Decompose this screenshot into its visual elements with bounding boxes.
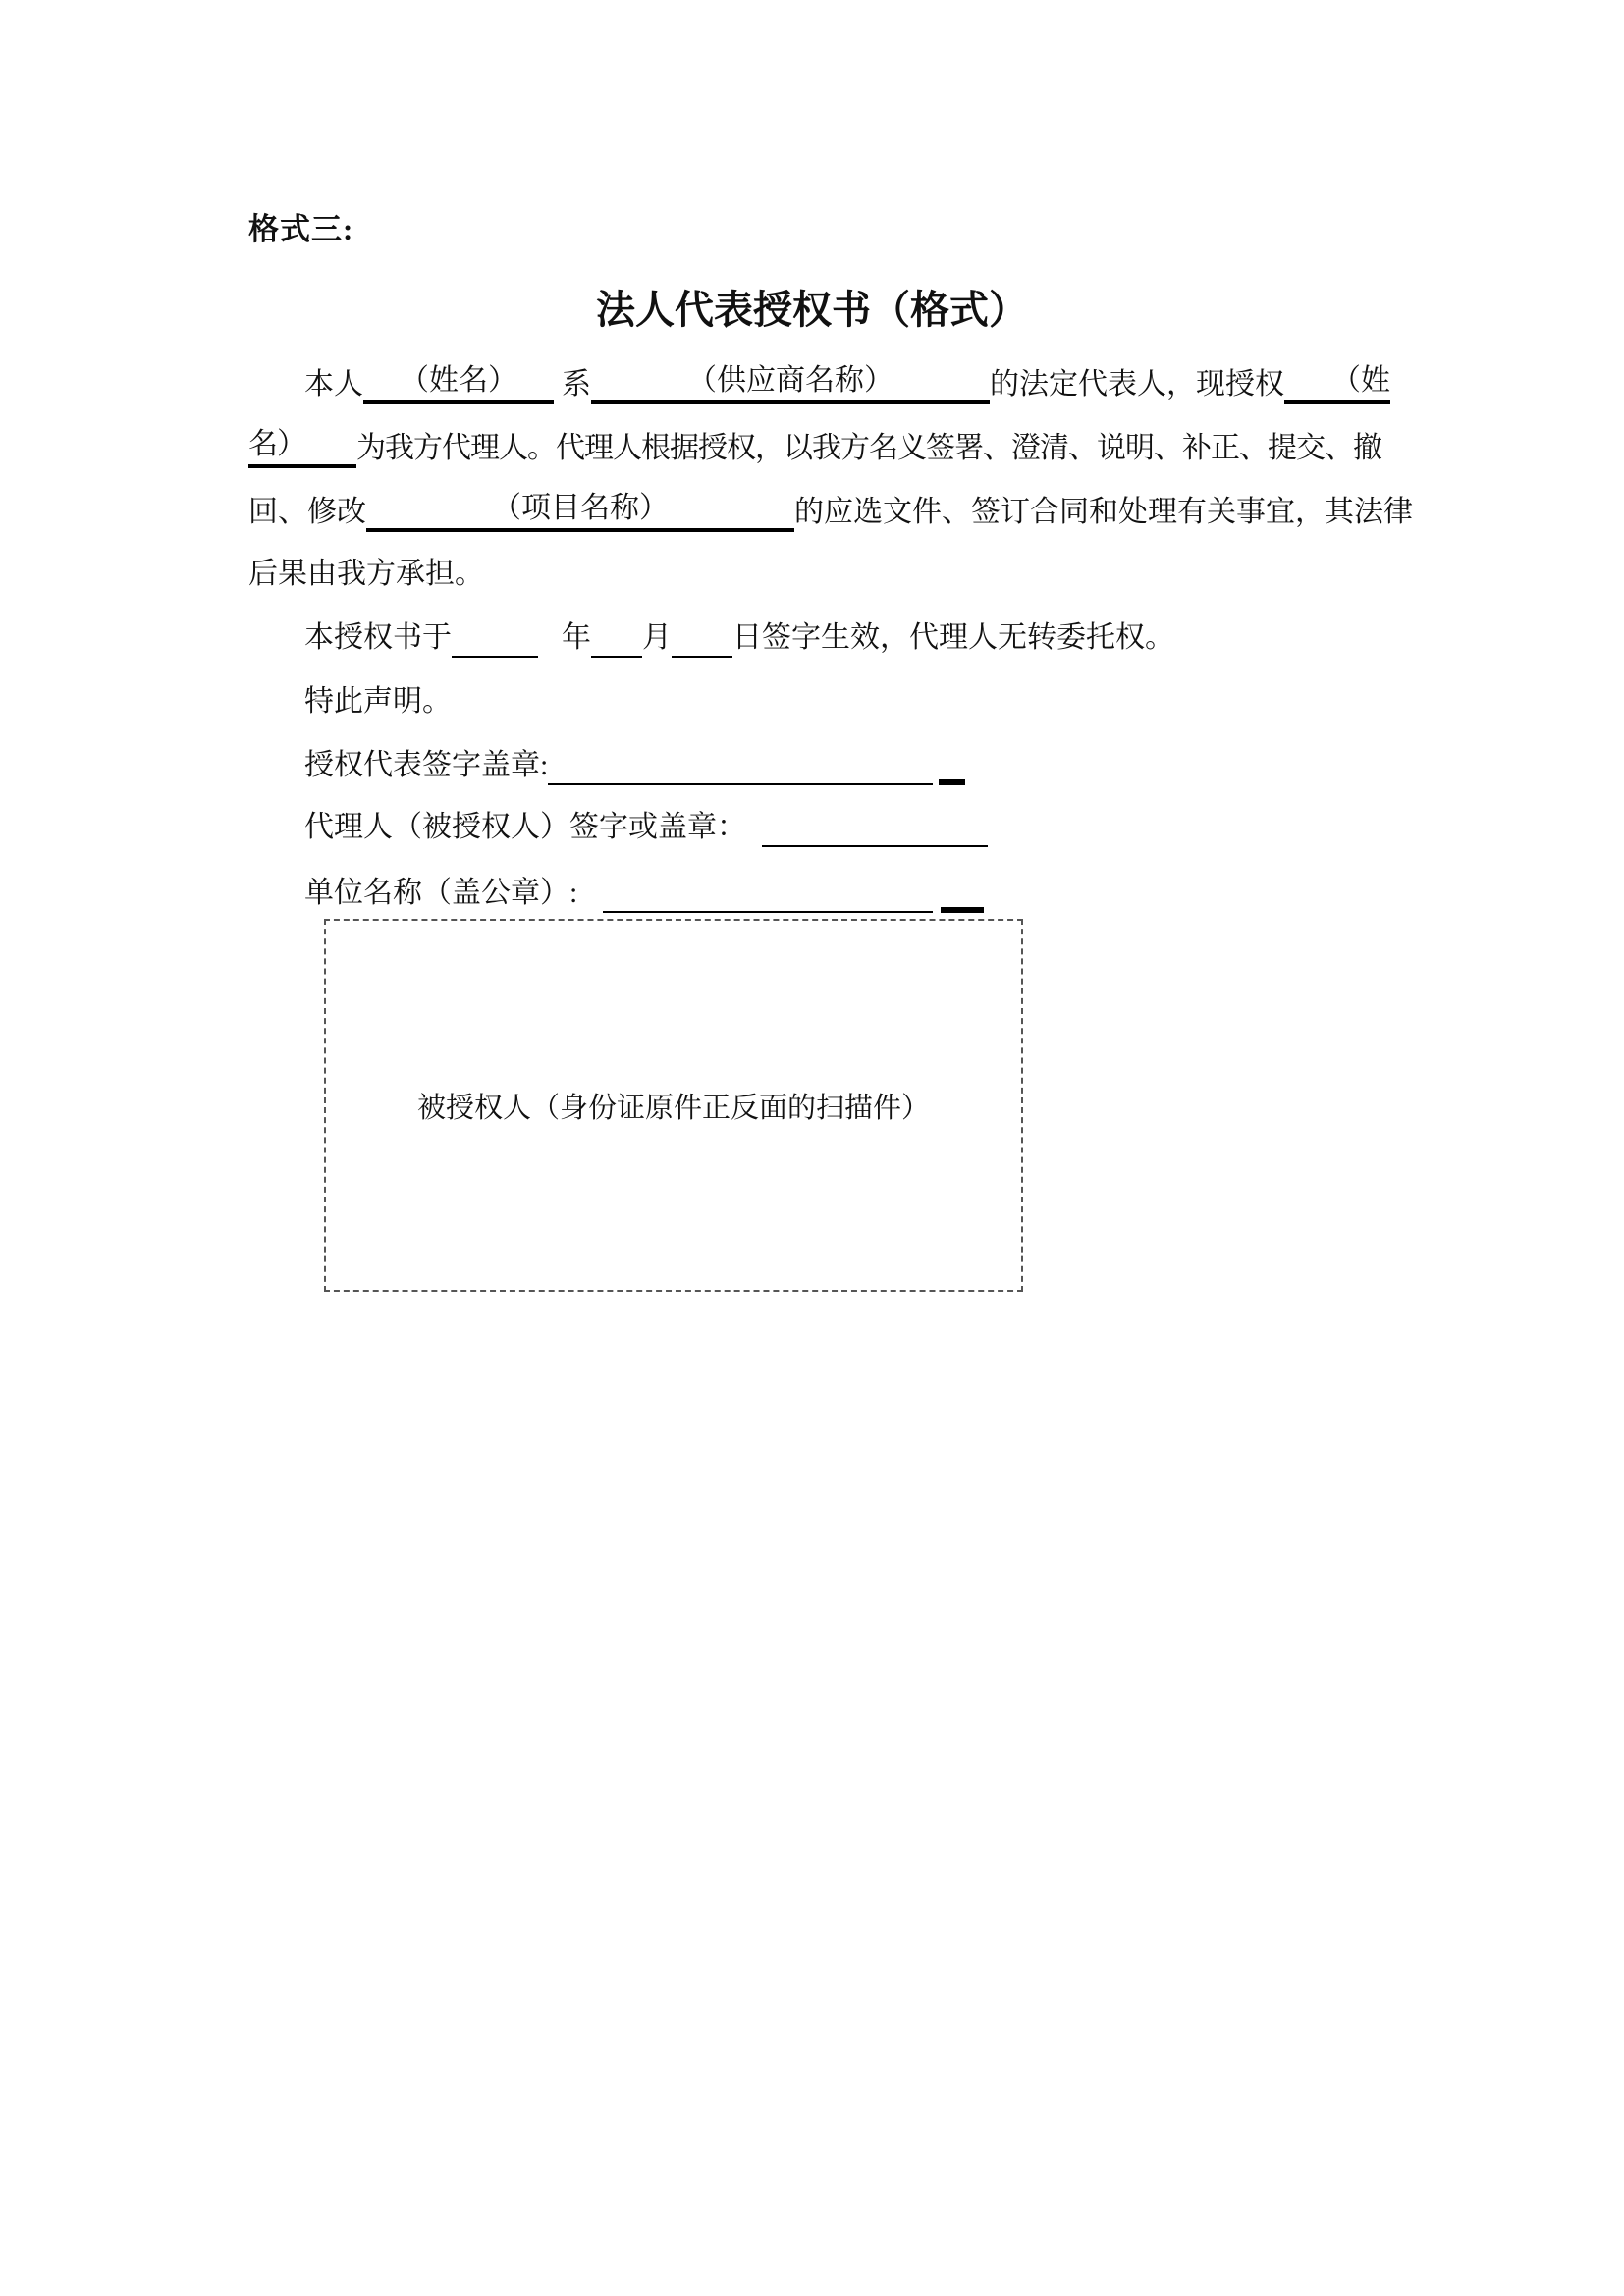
paragraph-line-4: 后果由我方承担。	[248, 555, 484, 596]
agent-name-blank-end	[305, 427, 356, 468]
id-scan-box: 被授权人（身份证原件正反面的扫描件）	[324, 919, 1023, 1292]
effective-date-line: 本授权书于年月日签字生效，代理人无转委托权。	[304, 618, 1174, 660]
authorized-rep-bold-dash	[939, 744, 965, 785]
text-authorization-scope: 为我方代理人。代理人根据授权，以我方名义签署、澄清、说明、补正、提交、撤	[356, 432, 1381, 464]
text-withdraw-modify: 回、修改	[248, 496, 366, 528]
declaration-line: 特此声明。	[304, 682, 452, 723]
agent-signature-blank	[762, 808, 988, 847]
text-legal-rep: 的法定代表人，现授权	[990, 368, 1284, 400]
authorized-rep-signature-blank	[548, 746, 933, 785]
text-name-close: 名）	[248, 427, 305, 468]
agent-label: 代理人（被授权人）签字或盖章：	[304, 811, 746, 843]
paragraph-line-3: 回、修改（项目名称）的应选文件、签订合同和处理有关事宜，其法律	[248, 491, 1413, 532]
year-label: 年	[562, 621, 591, 654]
agent-name-blank-start	[1284, 363, 1331, 404]
id-scan-box-label: 被授权人（身份证原件正反面的扫描件）	[417, 1086, 930, 1126]
text-principal: 本人	[304, 368, 363, 400]
format-label: 格式三:	[248, 204, 353, 248]
month-label: 月	[642, 621, 672, 654]
document-title: 法人代表授权书（格式）	[0, 279, 1624, 335]
company-label: 单位名称（盖公章）:	[304, 877, 577, 909]
day-blank	[672, 618, 732, 658]
text-name-open: （姓	[1331, 363, 1390, 404]
name-blank-hint: （姓名）	[400, 364, 517, 397]
project-name-blank-hint: （项目名称）	[492, 492, 669, 524]
text-documents-contracts: 的应选文件、签订合同和处理有关事宜，其法律	[794, 496, 1413, 528]
company-name-blank	[603, 874, 933, 913]
company-name-bold-dash	[941, 872, 984, 913]
authorized-rep-signature-line: 授权代表签字盖章:	[304, 744, 965, 785]
text-effective-suffix: 日签字生效，代理人无转委托权。	[732, 621, 1174, 654]
authorized-rep-label: 授权代表签字盖章:	[304, 749, 548, 781]
company-name-line: 单位名称（盖公章）:	[304, 872, 984, 913]
year-blank	[452, 618, 538, 658]
paragraph-line-1: 本人（姓名）系（供应商名称）的法定代表人，现授权（姓	[304, 363, 1390, 404]
text-is: 系	[562, 368, 591, 400]
paragraph-line-2: 名）为我方代理人。代理人根据授权，以我方名义签署、澄清、说明、补正、提交、撤	[248, 427, 1381, 468]
text-consequences: 后果由我方承担。	[248, 558, 484, 590]
supplier-name-blank-hint: （供应商名称）	[687, 364, 893, 397]
month-blank	[591, 618, 642, 658]
supplier-name-blank: （供应商名称）	[591, 363, 990, 404]
document-page: 格式三: 法人代表授权书（格式） 本人（姓名）系（供应商名称）的法定代表人，现授…	[0, 0, 1624, 2296]
text-effective-pre: 本授权书于	[304, 621, 452, 654]
name-blank: （姓名）	[363, 363, 554, 404]
agent-signature-line: 代理人（被授权人）签字或盖章：	[304, 808, 988, 849]
project-name-blank: （项目名称）	[366, 491, 794, 532]
text-declaration: 特此声明。	[304, 685, 452, 718]
